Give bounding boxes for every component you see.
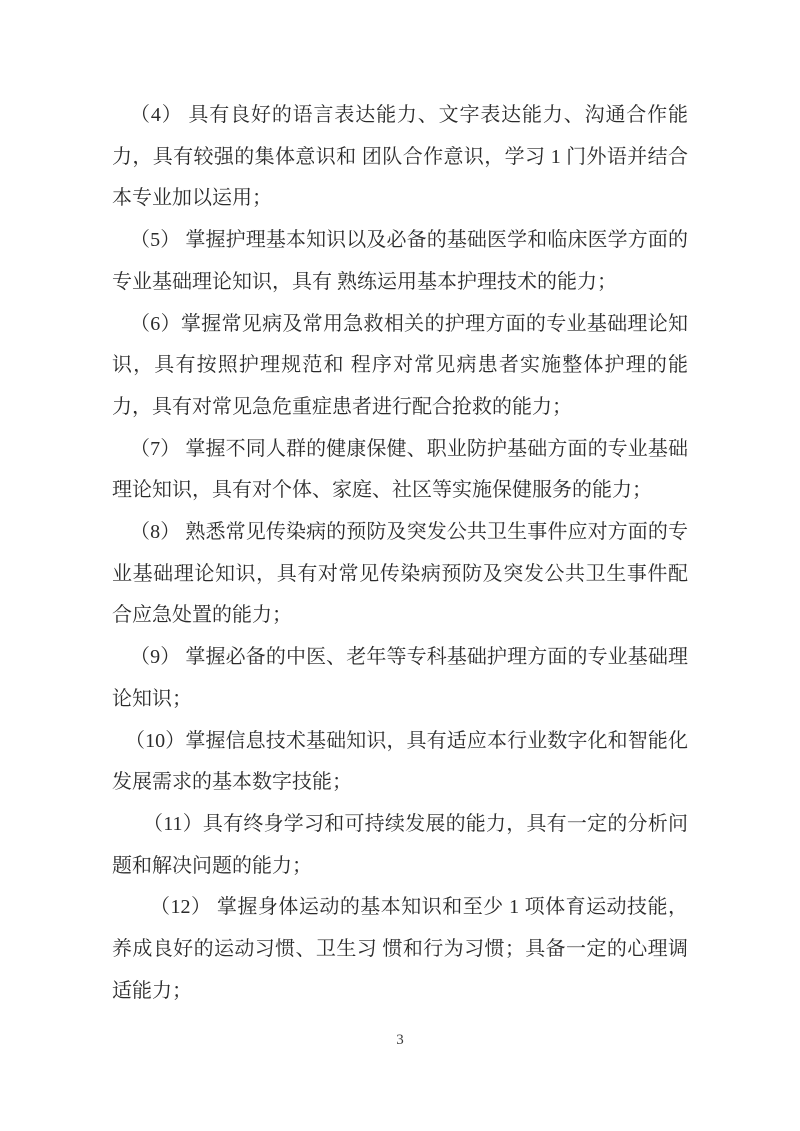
paragraph-item-7: （7） 掌握不同人群的健康保健、职业防护基础方面的专业基础理论知识，具有对个体、… xyxy=(112,429,688,512)
paragraph-item-11: （11）具有终身学习和可持续发展的能力，具有一定的分析问题和解决问题的能力； xyxy=(112,804,688,887)
page-number: 3 xyxy=(0,1031,800,1049)
paragraph-item-12: （12） 掌握身体运动的基本知识和至少 1 项体育运动技能，养成良好的运动习惯、… xyxy=(112,887,688,1012)
paragraph-item-10: （10）掌握信息技术基础知识，具有适应本行业数字化和智能化发展需求的基本数字技能… xyxy=(112,721,688,804)
document-page: （4） 具有良好的语言表达能力、文字表达能力、沟通合作能力，具有较强的集体意识和… xyxy=(0,0,800,1131)
paragraph-item-5: （5） 掌握护理基本知识以及必备的基础医学和临床医学方面的专业基础理论知识，具有… xyxy=(112,220,688,303)
document-body-text: （4） 具有良好的语言表达能力、文字表达能力、沟通合作能力，具有较强的集体意识和… xyxy=(112,95,688,1012)
paragraph-item-6: （6）掌握常见病及常用急救相关的护理方面的专业基础理论知识，具有按照护理规范和 … xyxy=(112,304,688,429)
paragraph-item-8: （8） 熟悉常见传染病的预防及突发公共卫生事件应对方面的专业基础理论知识，具有对… xyxy=(112,512,688,637)
paragraph-item-9: （9） 掌握必备的中医、老年等专科基础护理方面的专业基础理论知识； xyxy=(112,637,688,720)
paragraph-item-4: （4） 具有良好的语言表达能力、文字表达能力、沟通合作能力，具有较强的集体意识和… xyxy=(112,95,688,220)
